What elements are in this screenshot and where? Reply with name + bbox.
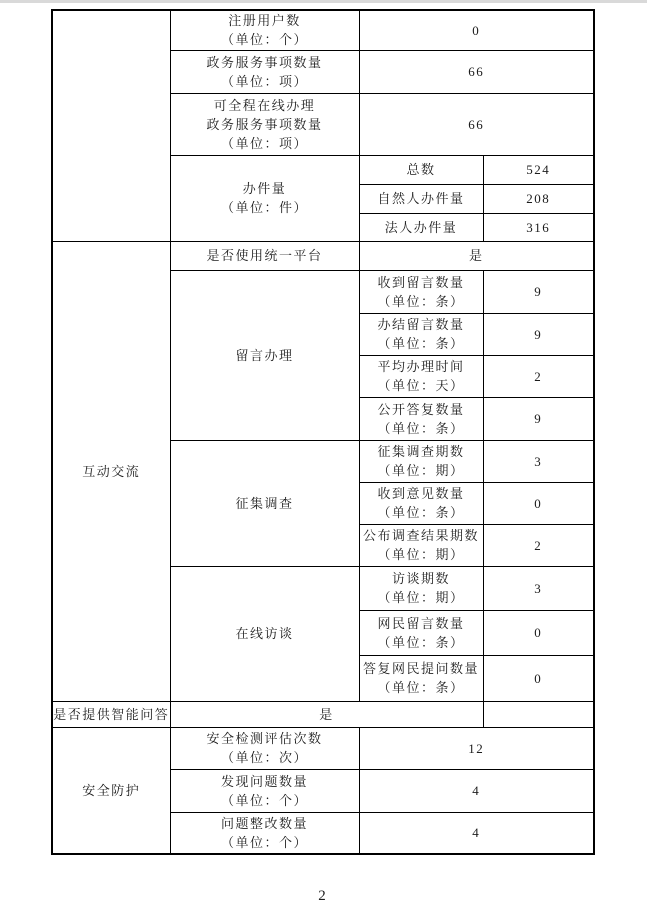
interview-periods-value: 3 xyxy=(483,566,594,610)
row-label: 问题整改数量 xyxy=(171,814,359,833)
case-total-value: 524 xyxy=(483,155,594,184)
row-label: 答复网民提问数量 xyxy=(360,659,483,678)
row-label: 可全程在线办理 xyxy=(171,96,359,115)
page-top-edge-divider xyxy=(0,0,647,3)
interview-periods-label-cell: 访谈期数 （单位：期） xyxy=(359,566,483,610)
case-natural-person-value: 208 xyxy=(483,184,594,213)
row-unit: （单位：项） xyxy=(171,72,359,91)
messages-resolved-value: 9 xyxy=(483,313,594,355)
government-website-annual-report-table: 注册用户数 （单位：个） 0 政务服务事项数量 （单位：项） 66 可全程在线办… xyxy=(51,9,595,855)
avg-handling-time-label-cell: 平均办理时间 （单位：天） xyxy=(359,355,483,397)
row-label: 收到留言数量 xyxy=(360,273,483,292)
opinions-received-label-cell: 收到意见数量 （单位：条） xyxy=(359,482,483,524)
opinions-received-value: 0 xyxy=(483,482,594,524)
interview-group-label-cell: 在线访谈 xyxy=(170,566,359,701)
row-label: 办结留言数量 xyxy=(360,315,483,334)
avg-handling-time-value: 2 xyxy=(483,355,594,397)
row-label: 注册用户数 xyxy=(171,11,359,30)
row-label: 公布调查结果期数 xyxy=(360,526,483,545)
online-service-items-value: 66 xyxy=(359,93,594,155)
row-label: 政务服务事项数量 xyxy=(171,53,359,72)
unified-platform-label-cell: 是否使用统一平台 xyxy=(170,241,359,270)
table-row: 注册用户数 （单位：个） 0 xyxy=(52,10,594,50)
row-unit: （单位：次） xyxy=(171,748,359,767)
unified-platform-value: 是 xyxy=(359,241,594,270)
row-unit: （单位：期） xyxy=(360,461,483,480)
row-label: 发现问题数量 xyxy=(171,772,359,791)
online-service-items-label-cell: 可全程在线办理 政务服务事项数量 （单位：项） xyxy=(170,93,359,155)
section1-category-cell-empty xyxy=(52,10,170,241)
problems-found-label-cell: 发现问题数量 （单位：个） xyxy=(170,769,359,812)
row-label: 平均办理时间 xyxy=(360,357,483,376)
row-unit: （单位：条） xyxy=(360,292,483,311)
row-unit: （单位：件） xyxy=(171,198,359,217)
service-items-value: 66 xyxy=(359,50,594,93)
table-row: 互动交流 是否使用统一平台 是 xyxy=(52,241,594,270)
case-legal-person-label-cell: 法人办件量 xyxy=(359,213,483,241)
netizen-questions-answered-label-cell: 答复网民提问数量 （单位：条） xyxy=(359,655,483,701)
table-row: 安全防护 安全检测评估次数 （单位：次） 12 xyxy=(52,727,594,769)
security-assessments-label-cell: 安全检测评估次数 （单位：次） xyxy=(170,727,359,769)
row-label: 网民留言数量 xyxy=(360,614,483,633)
row-label: 收到意见数量 xyxy=(360,484,483,503)
row-unit: （单位：条） xyxy=(360,503,483,522)
survey-results-value: 2 xyxy=(483,524,594,566)
row-unit: （单位：天） xyxy=(360,376,483,395)
section2-category-cell: 互动交流 xyxy=(52,241,170,701)
public-replies-label-cell: 公开答复数量 （单位：条） xyxy=(359,397,483,440)
row-unit: （单位：条） xyxy=(360,633,483,652)
case-legal-person-value: 316 xyxy=(483,213,594,241)
security-assessments-value: 12 xyxy=(359,727,594,769)
row-label: 访谈期数 xyxy=(360,569,483,588)
row-unit: （单位：条） xyxy=(360,678,483,697)
row-unit: （单位：个） xyxy=(171,30,359,49)
case-total-label-cell: 总数 xyxy=(359,155,483,184)
row-label: 公开答复数量 xyxy=(360,400,483,419)
survey-group-label-cell: 征集调查 xyxy=(170,440,359,566)
service-items-label-cell: 政务服务事项数量 （单位：项） xyxy=(170,50,359,93)
case-natural-person-label-cell: 自然人办件量 xyxy=(359,184,483,213)
row-label: 安全检测评估次数 xyxy=(171,729,359,748)
section3-category-cell: 安全防护 xyxy=(52,727,170,854)
row-label: 政务服务事项数量 xyxy=(171,115,359,134)
row-unit: （单位：项） xyxy=(171,134,359,153)
row-unit: （单位：期） xyxy=(360,545,483,564)
messages-received-label-cell: 收到留言数量 （单位：条） xyxy=(359,270,483,313)
row-unit: （单位：条） xyxy=(360,334,483,353)
case-volume-label-cell: 办件量 （单位：件） xyxy=(170,155,359,241)
problems-found-value: 4 xyxy=(359,769,594,812)
registered-users-value: 0 xyxy=(359,10,594,50)
row-unit: （单位：期） xyxy=(360,588,483,607)
public-replies-value: 9 xyxy=(483,397,594,440)
page-number: 2 xyxy=(51,888,593,905)
row-label: 办件量 xyxy=(171,179,359,198)
registered-users-label-cell: 注册用户数 （单位：个） xyxy=(170,10,359,50)
netizen-messages-value: 0 xyxy=(483,610,594,655)
problems-rectified-value: 4 xyxy=(359,812,594,854)
smart-qa-label-cell: 是否提供智能问答 xyxy=(52,701,170,727)
table-row: 是否提供智能问答 是 xyxy=(52,701,594,727)
survey-periods-label-cell: 征集调查期数 （单位：期） xyxy=(359,440,483,482)
survey-periods-value: 3 xyxy=(483,440,594,482)
netizen-messages-label-cell: 网民留言数量 （单位：条） xyxy=(359,610,483,655)
row-unit: （单位：个） xyxy=(171,833,359,852)
netizen-questions-answered-value: 0 xyxy=(483,655,594,701)
message-handling-group-label-cell: 留言办理 xyxy=(170,270,359,440)
row-unit: （单位：条） xyxy=(360,419,483,438)
smart-qa-value: 是 xyxy=(170,701,483,727)
problems-rectified-label-cell: 问题整改数量 （单位：个） xyxy=(170,812,359,854)
messages-received-value: 9 xyxy=(483,270,594,313)
row-unit: （单位：个） xyxy=(171,791,359,810)
messages-resolved-label-cell: 办结留言数量 （单位：条） xyxy=(359,313,483,355)
row-label: 征集调查期数 xyxy=(360,442,483,461)
survey-results-label-cell: 公布调查结果期数 （单位：期） xyxy=(359,524,483,566)
